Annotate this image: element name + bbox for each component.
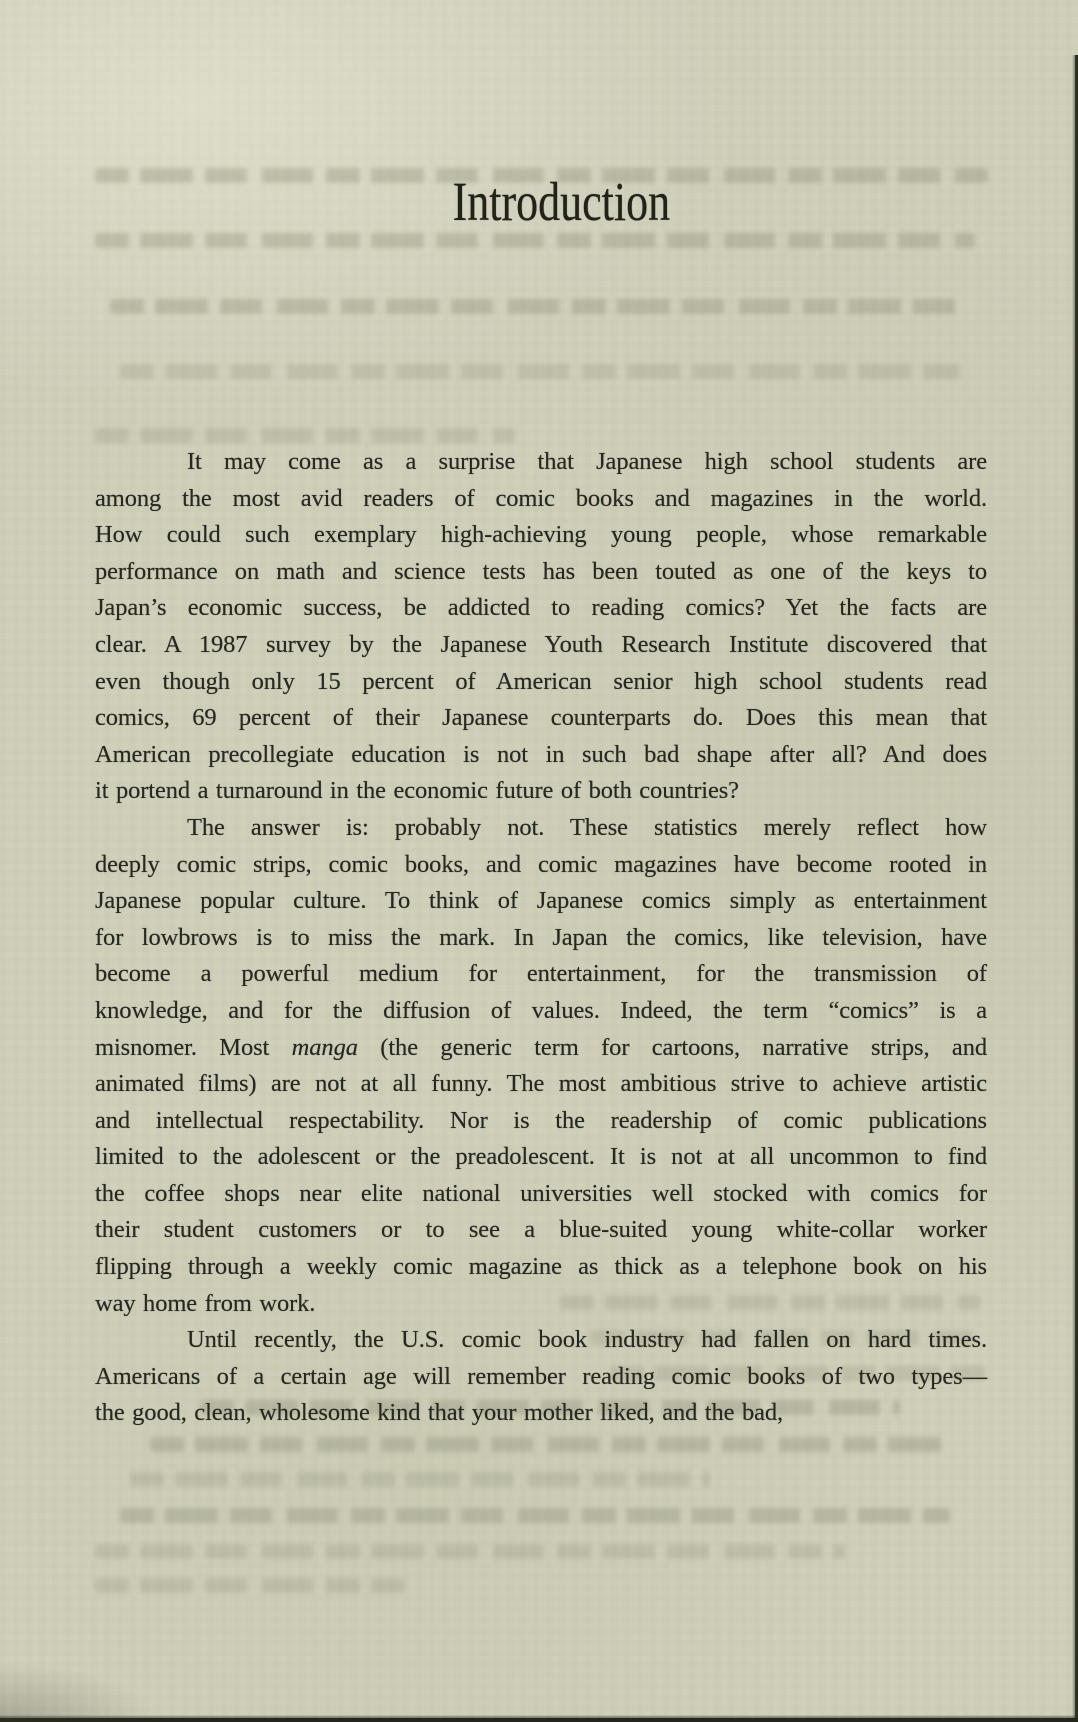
text-line: clear. A 1987 survey by the Japanese You… xyxy=(95,627,987,664)
paragraph: Until recently, the U.S. comic book indu… xyxy=(95,1322,987,1432)
text-line: Japanese popular culture. To think of Ja… xyxy=(95,883,987,920)
text-line: misnomer. Most manga (the generic term f… xyxy=(95,1030,987,1067)
bleed-through-line xyxy=(95,1544,845,1559)
italic-term-manga: manga xyxy=(292,1034,358,1061)
text-line: for lowbrows is to miss the mark. In Jap… xyxy=(95,920,987,957)
text-line: become a powerful medium for entertainme… xyxy=(95,956,987,993)
scan-edge-shadow-bottom xyxy=(0,1715,1078,1722)
text-line: Americans of a certain age will remember… xyxy=(95,1359,987,1396)
scan-edge-shadow-right xyxy=(1072,55,1078,1722)
text-line: knowledge, and for the diffusion of valu… xyxy=(95,993,987,1030)
bleed-through-line xyxy=(95,233,975,248)
scanned-book-page: Introduction It may come as a surprise t… xyxy=(0,0,1078,1722)
text-line: the coffee shops near elite national uni… xyxy=(95,1176,987,1213)
text-line: The answer is: probably not. These stati… xyxy=(95,810,987,847)
text-line: flipping through a weekly comic magazine… xyxy=(95,1249,987,1286)
text-line: limited to the adolescent or the preadol… xyxy=(95,1139,987,1176)
scan-corner-shade xyxy=(0,1662,160,1722)
bleed-through-line xyxy=(95,428,515,443)
text-segment: misnomer. Most xyxy=(95,1034,292,1061)
bleed-through-line xyxy=(110,299,970,314)
text-line: the good, clean, wholesome kind that you… xyxy=(95,1395,987,1432)
text-line: performance on math and science tests ha… xyxy=(95,554,987,591)
text-line: among the most avid readers of comic boo… xyxy=(95,481,987,518)
bleed-through-line xyxy=(95,1578,405,1593)
chapter-title-row: Introduction xyxy=(0,170,1078,233)
text-line: How could such exemplary high-achieving … xyxy=(95,517,987,554)
bleed-through-line xyxy=(130,1472,710,1487)
bleed-through-line xyxy=(120,364,960,379)
text-line: it portend a turnaround in the economic … xyxy=(95,773,987,810)
text-line: comics, 69 percent of their Japanese cou… xyxy=(95,700,987,737)
paragraph: It may come as a surprise that Japanese … xyxy=(95,444,987,810)
bleed-through-line xyxy=(120,1508,950,1523)
text-line: Japan’s economic success, be addicted to… xyxy=(95,590,987,627)
text-line: It may come as a surprise that Japanese … xyxy=(95,444,987,481)
text-line: and intellectual respectability. Nor is … xyxy=(95,1103,987,1140)
chapter-title: Introduction xyxy=(453,170,671,233)
paragraph: The answer is: probably not. These stati… xyxy=(95,810,987,1322)
text-line: their student customers or to see a blue… xyxy=(95,1212,987,1249)
text-line: way home from work. xyxy=(95,1286,987,1323)
body-text: It may come as a surprise that Japanese … xyxy=(95,444,987,1432)
bleed-through-line xyxy=(150,1437,950,1452)
text-line: Until recently, the U.S. comic book indu… xyxy=(95,1322,987,1359)
text-line: American precollegiate education is not … xyxy=(95,737,987,774)
text-line: deeply comic strips, comic books, and co… xyxy=(95,847,987,884)
text-segment: (the generic term for cartoons, narrativ… xyxy=(358,1034,987,1061)
text-line: even though only 15 percent of American … xyxy=(95,664,987,701)
text-line: animated films) are not at all funny. Th… xyxy=(95,1066,987,1103)
